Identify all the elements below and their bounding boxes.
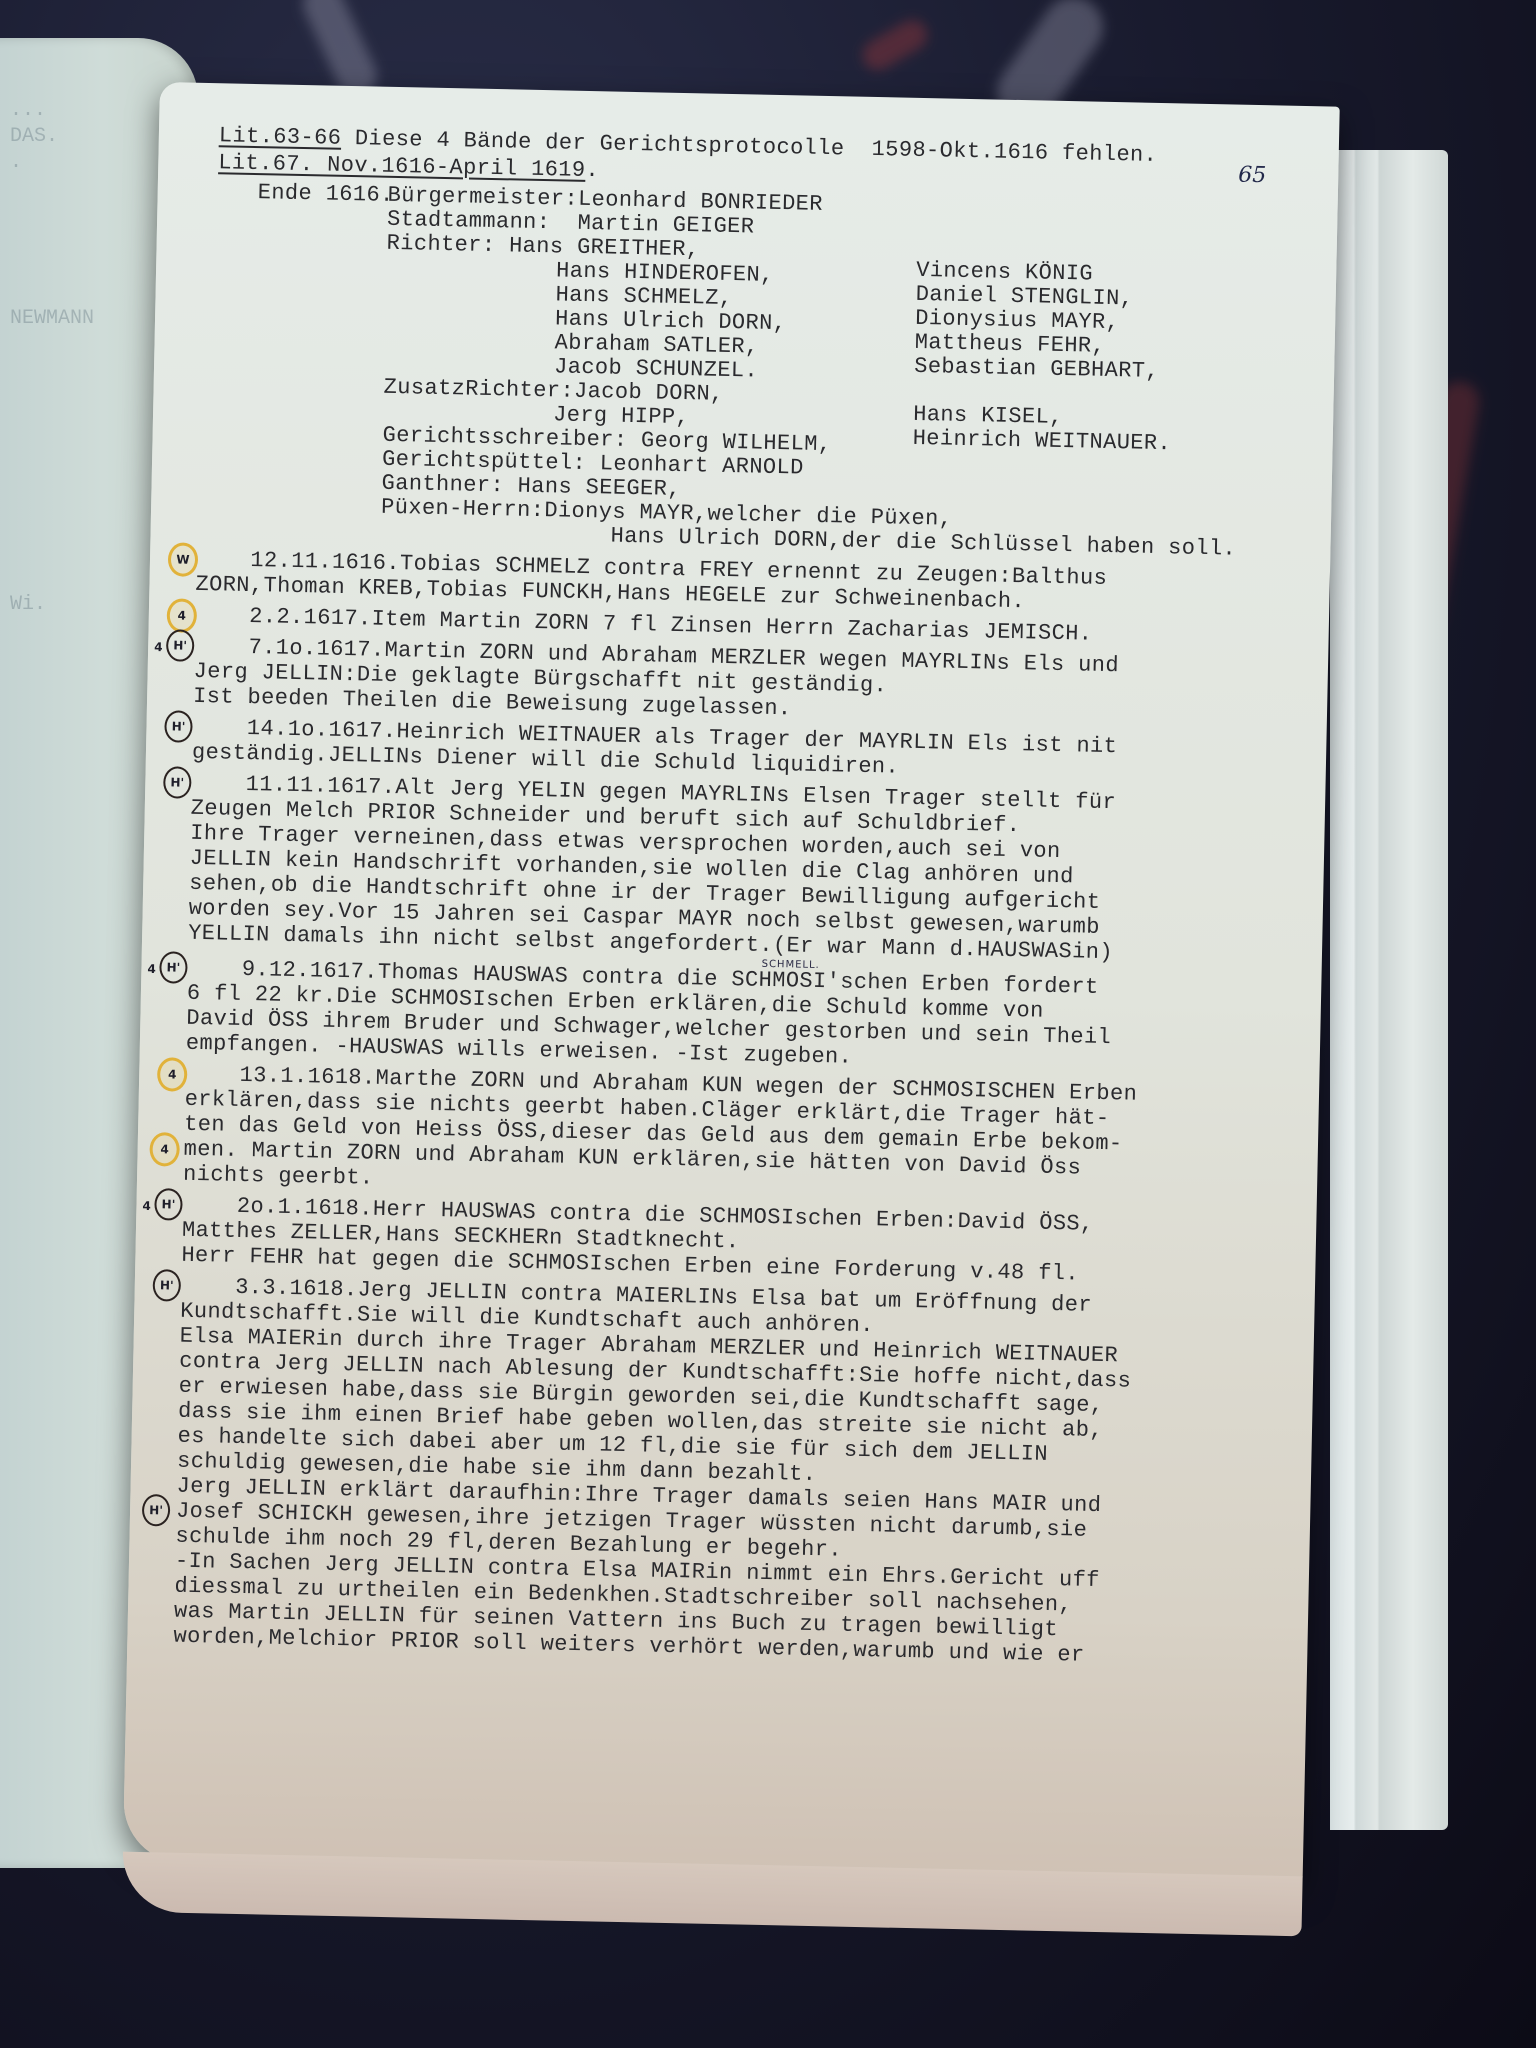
document-body: Lit.63-66 Diese 4 Bände der Gerichtsprot…	[160, 82, 1340, 107]
official-line: Hans Ulrich DORN,der die Schlüssel haben…	[610, 524, 1236, 562]
margin-circle-mark: 4	[166, 598, 197, 633]
margin-circle-mark: H'	[154, 1188, 183, 1221]
official-right-column: Heinrich WEITNAUER.	[912, 426, 1171, 456]
bleed-through-text: ... DAS. . NEWMANN Wi.	[10, 98, 150, 1086]
margin-annotation: 4	[154, 635, 163, 660]
margin-circle-mark: H'	[164, 710, 193, 743]
document-page: 65 Lit.63-66 Diese 4 Bände der Gerichtsp…	[123, 82, 1340, 1886]
official-line: Richter: Hans GREITHER,	[386, 231, 699, 263]
header-line: Lit.67. Nov.1616-April 1619.	[218, 150, 599, 183]
entry-line: nichts geerbt.	[183, 1162, 374, 1191]
margin-circle-mark: H'	[159, 951, 188, 984]
page-number: 65	[1238, 163, 1267, 189]
page-edge	[122, 1852, 1303, 1937]
officials-intro: Ende 1616.	[257, 180, 394, 208]
stacked-page-edges	[1330, 150, 1448, 1830]
archive-reference: Lit.67. Nov.1616-April 1619	[218, 150, 586, 183]
margin-annotation: 4	[142, 1194, 151, 1219]
archive-reference: Lit.63-66	[219, 123, 342, 151]
margin-circle-mark: H'	[163, 766, 192, 799]
margin-annotation: 4	[147, 957, 156, 982]
margin-circle-mark: H'	[142, 1494, 171, 1527]
background-streak	[857, 15, 933, 76]
margin-circle-mark: W	[168, 542, 199, 577]
margin-circle-mark: 4	[149, 1132, 180, 1167]
margin-circle-mark: H'	[152, 1269, 181, 1302]
margin-circle-mark: 4	[157, 1057, 188, 1092]
margin-circle-mark: H'	[166, 629, 195, 662]
header-text: .	[585, 158, 599, 183]
official-right-column: Sebastian GEBHART,	[914, 354, 1159, 384]
